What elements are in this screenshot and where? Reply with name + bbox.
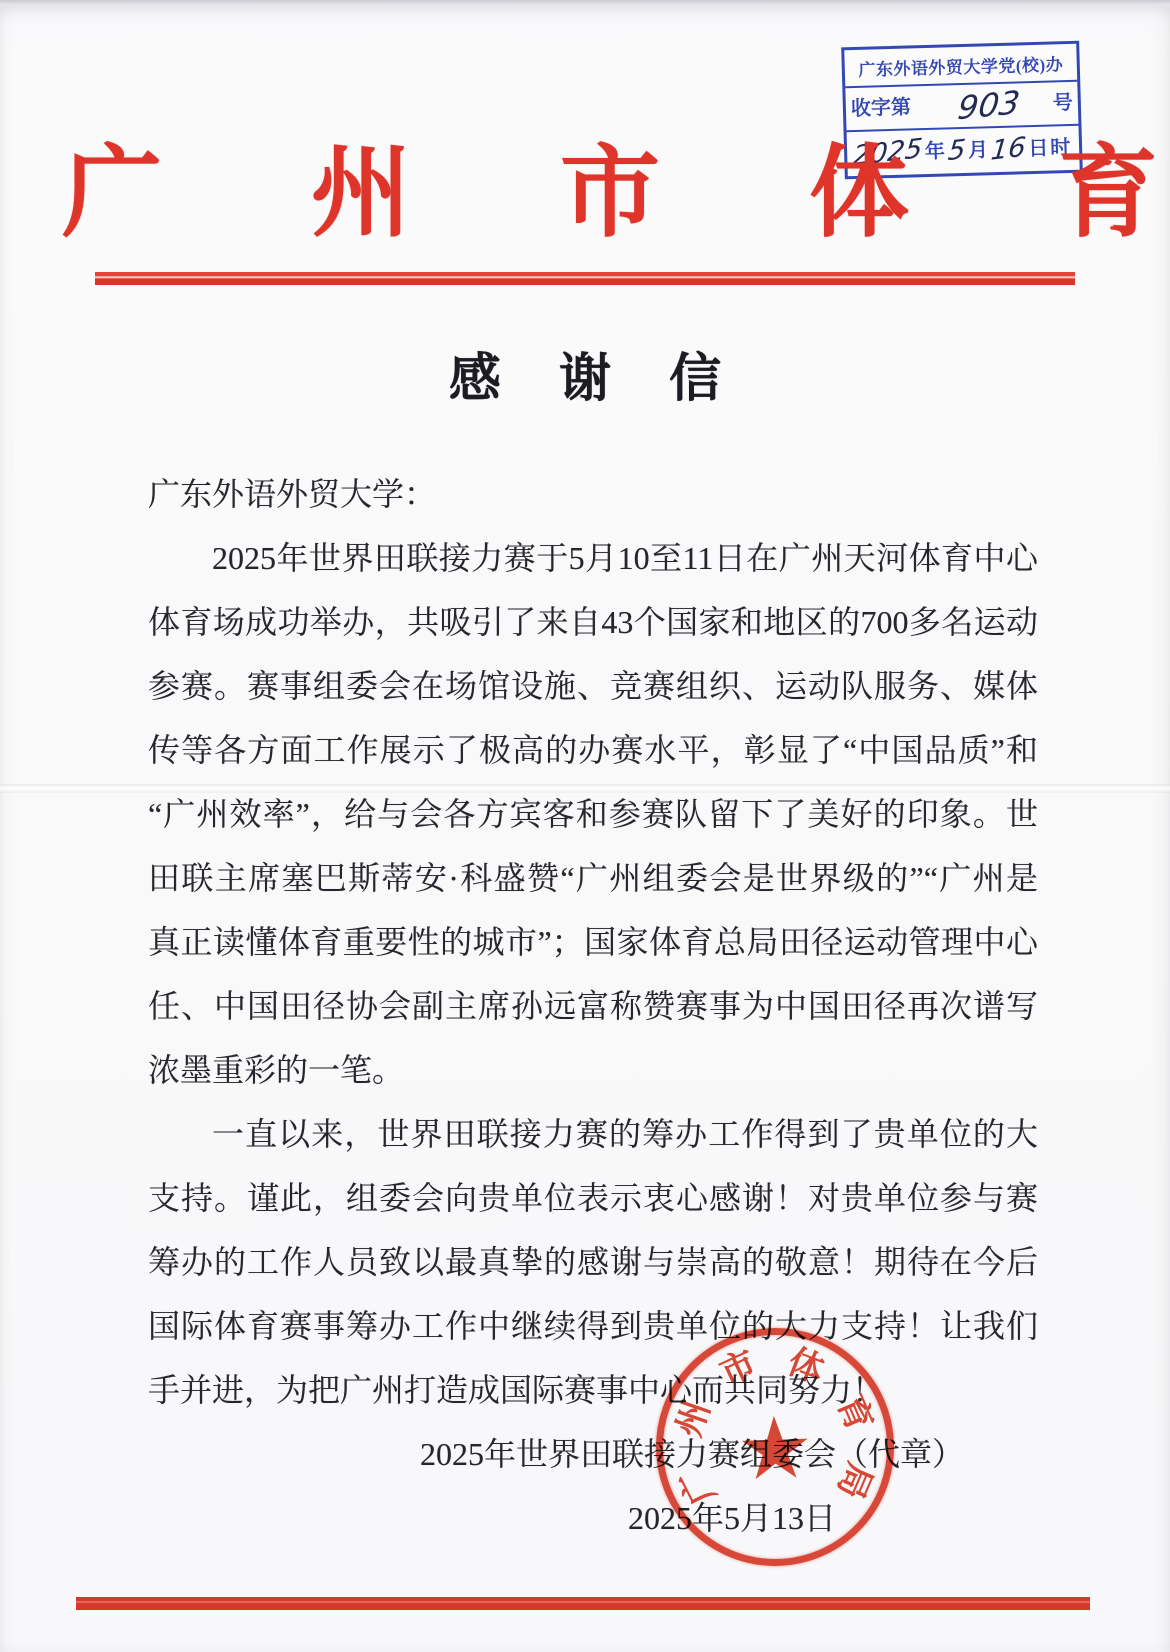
letter-line: 任、中国田径协会副主席孙远富称赞赛事为中国田径再次谱写了 [148, 974, 1038, 1038]
letter-paragraph-lines: 2025年世界田联接力赛于5月10至11日在广州天河体育中心体育场成功举办，共吸… [148, 526, 1038, 1422]
letter-line: 体育场成功举办，共吸引了来自43个国家和地区的700多名运动员 [148, 590, 1038, 654]
salutation: 广东外语外贸大学： [148, 462, 1038, 526]
official-seal: ★ 广州市体育局 [652, 1324, 898, 1570]
letter-line: 参赛。赛事组委会在场馆设施、竞赛组织、运动队服务、媒体宣 [148, 654, 1038, 718]
scanned-letter-page: 广东外语外贸大学党(校)办 收字第 903 号 2025 年 5 月 16 日 … [0, 0, 1170, 1652]
letter-line: 浓墨重彩的一笔。 [148, 1038, 1038, 1102]
letter-line: 国际体育赛事筹办工作中继续得到贵单位的大力支持！让我们携 [148, 1294, 1038, 1358]
letter-line: “广州效率”，给与会各方宾客和参赛队留下了美好的印象。世界 [148, 782, 1038, 846]
scan-edge [0, 0, 1170, 9]
letter-line: 传等各方面工作展示了极高的办赛水平，彰显了“中国品质”和 [148, 718, 1038, 782]
letterhead-rule [95, 272, 1075, 285]
letter-line: 筹办的工作人员致以最真挚的感谢与崇高的敬意！期待在今后的 [148, 1230, 1038, 1294]
document-title: 感 谢 信 [0, 336, 1170, 411]
letter-line: 真正读懂体育重要性的城市”；国家体育总局田径运动管理中心主 [148, 910, 1038, 974]
letter-body: 广东外语外贸大学： 2025年世界田联接力赛于5月10至11日在广州天河体育中心… [148, 462, 1038, 1550]
signature-line: 2025年世界田联接力赛组委会（代章） [148, 1422, 1038, 1486]
letter-line: 2025年世界田联接力赛于5月10至11日在广州天河体育中心 [148, 526, 1038, 590]
letter-line: 田联主席塞巴斯蒂安·科盛赞“广州组委会是世界级的”“广州是 [148, 846, 1038, 910]
star-icon: ★ [652, 1324, 898, 1570]
letterhead-org-title: 广 州 市 体 育 局 [0, 112, 1170, 256]
signature-date: 2025年5月13日 [148, 1486, 1038, 1550]
letter-line: 支持。谨此，组委会向贵单位表示衷心感谢！对贵单位参与赛事 [148, 1166, 1038, 1230]
footer-rule [76, 1597, 1090, 1610]
letter-line: 手并进，为把广州打造成国际赛事中心而共同努力！ [148, 1358, 1038, 1422]
letter-line: 一直以来，世界田联接力赛的筹办工作得到了贵单位的大力 [148, 1102, 1038, 1166]
